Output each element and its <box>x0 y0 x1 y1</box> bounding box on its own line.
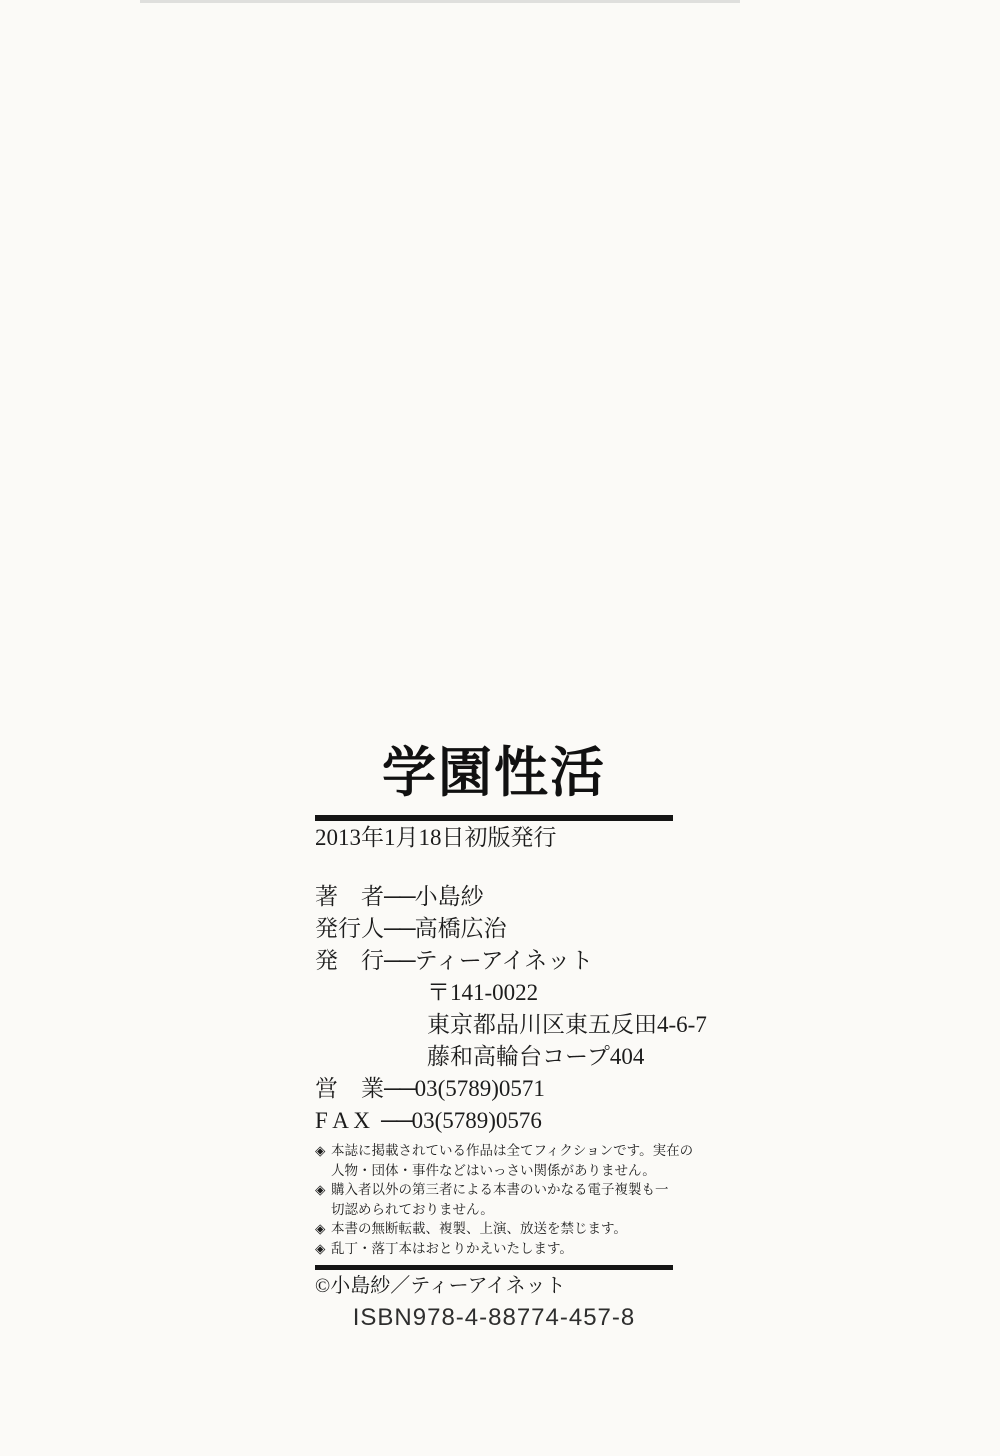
scanned-colophon-page: 学園性活 2013年1月18日初版発行 著 者 ── 小島紗 発行人 ── 高橋… <box>0 0 1000 1456</box>
notice-text: 購入者以外の第三者による本書のいかなる電子複製も一 <box>331 1182 669 1197</box>
row-value: 小島紗 <box>415 881 484 913</box>
fax-row: F A X ── 03(5789)0576 <box>315 1105 673 1137</box>
scan-artifact <box>140 0 740 3</box>
row-label: 著 者 <box>315 881 384 913</box>
legal-notices: ◈本誌に掲載されている作品は全てフィクションです。実在の 人物・団体・事件などは… <box>315 1141 673 1258</box>
diamond-bullet-icon: ◈ <box>315 1141 331 1161</box>
edition-date: 2013年1月18日初版発行 <box>315 823 673 853</box>
notice-text: 乱丁・落丁本はおとりかえいたします。 <box>331 1241 573 1256</box>
address-text: 東京都品川区東五反田4-6-7 <box>427 1009 707 1041</box>
notice-line: ◈購入者以外の第三者による本書のいかなる電子複製も一 <box>315 1180 673 1200</box>
row-value: 03(5789)0576 <box>412 1105 542 1137</box>
postal-code-line: 〒141-0022 <box>427 977 673 1009</box>
notice-line: 切認められておりません。 <box>315 1200 673 1220</box>
notice-text: 切認められておりません。 <box>331 1202 494 1217</box>
isbn-number: ISBN978-4-88774-457-8 <box>315 1305 673 1331</box>
row-separator: ── <box>384 881 415 913</box>
title-rule <box>315 815 673 821</box>
address-text: 〒141-0022 <box>427 977 538 1009</box>
row-separator: ── <box>384 945 415 977</box>
notice-line: 人物・団体・事件などはいっさい関係がありません。 <box>315 1161 673 1181</box>
book-title: 学園性活 <box>315 745 673 801</box>
notice-line: ◈本誌に掲載されている作品は全てフィクションです。実在の <box>315 1141 673 1161</box>
copyright-line: ©小島紗／ティーアイネット <box>315 1275 673 1297</box>
diamond-bullet-icon: ◈ <box>315 1180 331 1200</box>
notice-text: 人物・団体・事件などはいっさい関係がありません。 <box>331 1163 656 1178</box>
row-label: F A X <box>315 1105 381 1137</box>
row-value: ティーアイネット <box>415 945 594 977</box>
notice-text: 本書の無断転載、複製、上演、放送を禁じます。 <box>331 1221 627 1236</box>
row-value: 高橋広治 <box>415 913 507 945</box>
row-separator: ── <box>384 913 415 945</box>
row-separator: ── <box>381 1105 412 1137</box>
diamond-bullet-icon: ◈ <box>315 1239 331 1259</box>
notice-text: 本誌に掲載されている作品は全てフィクションです。実在の <box>331 1143 693 1158</box>
row-label: 発行人 <box>315 913 384 945</box>
address-line: 東京都品川区東五反田4-6-7 <box>427 1009 673 1041</box>
author-row: 著 者 ── 小島紗 <box>315 881 673 913</box>
row-label: 発 行 <box>315 945 384 977</box>
bottom-rule <box>315 1265 673 1270</box>
notice-line: ◈乱丁・落丁本はおとりかえいたします。 <box>315 1239 673 1259</box>
row-separator: ── <box>384 1073 415 1105</box>
address-text: 藤和高輪台コープ404 <box>427 1041 644 1073</box>
sales-phone-row: 営 業 ── 03(5789)0571 <box>315 1073 673 1105</box>
publisher-row: 発 行 ── ティーアイネット <box>315 945 673 977</box>
diamond-bullet-icon: ◈ <box>315 1219 331 1239</box>
building-line: 藤和高輪台コープ404 <box>427 1041 673 1073</box>
row-label: 営 業 <box>315 1073 384 1105</box>
publisher-info: 著 者 ── 小島紗 発行人 ── 高橋広治 発 行 ── ティーアイネット 〒… <box>315 881 673 1137</box>
row-value: 03(5789)0571 <box>415 1073 545 1105</box>
notice-line: ◈本書の無断転載、複製、上演、放送を禁じます。 <box>315 1219 673 1239</box>
colophon-block: 学園性活 2013年1月18日初版発行 著 者 ── 小島紗 発行人 ── 高橋… <box>315 745 673 1331</box>
issuer-row: 発行人 ── 高橋広治 <box>315 913 673 945</box>
